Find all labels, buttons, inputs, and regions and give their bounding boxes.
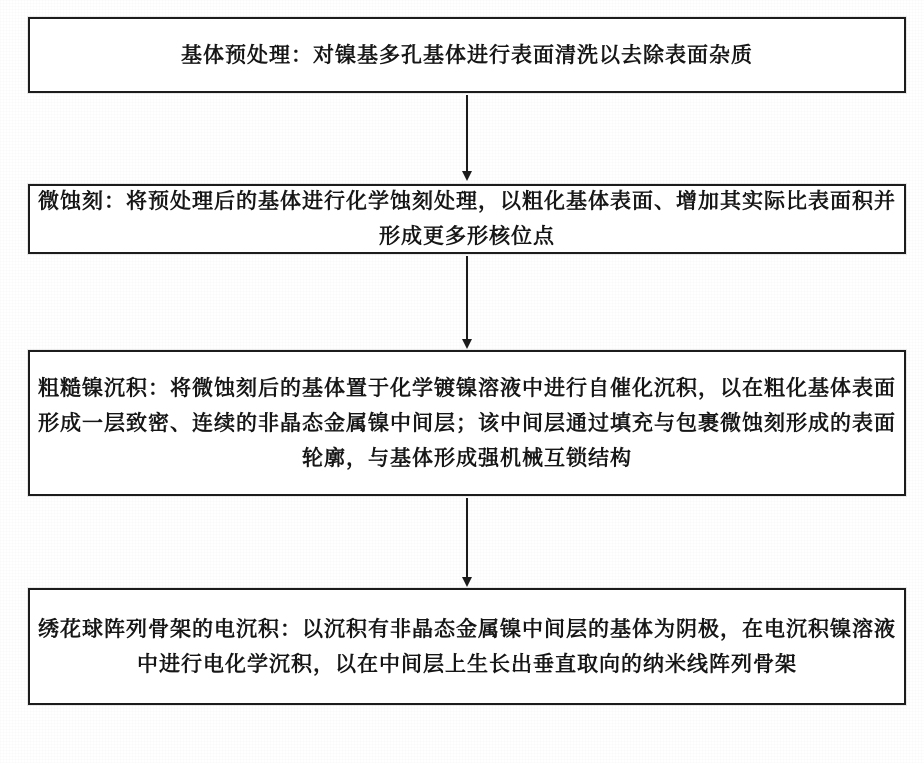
down-arrow-icon bbox=[466, 95, 468, 172]
step-box-rough-nickel-deposition: 粗糙镍沉积：将微蚀刻后的基体置于化学镀镍溶液中进行自催化沉积，以在粗化基体表面形… bbox=[28, 350, 906, 496]
step-box-micro-etching: 微蚀刻：将预处理后的基体进行化学蚀刻处理，以粗化基体表面、增加其实际比表面积并形… bbox=[28, 184, 906, 254]
down-arrow-icon bbox=[466, 256, 468, 340]
step-label: 基体预处理：对镍基多孔基体进行表面清洗以去除表面杂质 bbox=[30, 36, 904, 75]
step-box-electrodeposition-nanowire-array: 绣花球阵列骨架的电沉积：以沉积有非晶态金属镍中间层的基体为阴极，在电沉积镍溶液中… bbox=[28, 588, 906, 705]
flowchart-figure: 基体预处理：对镍基多孔基体进行表面清洗以去除表面杂质 微蚀刻：将预处理后的基体进… bbox=[0, 0, 924, 763]
step-label: 粗糙镍沉积：将微蚀刻后的基体置于化学镀镍溶液中进行自催化沉积，以在粗化基体表面形… bbox=[30, 369, 904, 478]
step-label: 绣花球阵列骨架的电沉积：以沉积有非晶态金属镍中间层的基体为阴极，在电沉积镍溶液中… bbox=[30, 610, 904, 684]
step-box-substrate-pretreatment: 基体预处理：对镍基多孔基体进行表面清洗以去除表面杂质 bbox=[28, 17, 906, 93]
step-label: 微蚀刻：将预处理后的基体进行化学蚀刻处理，以粗化基体表面、增加其实际比表面积并形… bbox=[30, 182, 904, 256]
down-arrow-icon bbox=[466, 498, 468, 578]
